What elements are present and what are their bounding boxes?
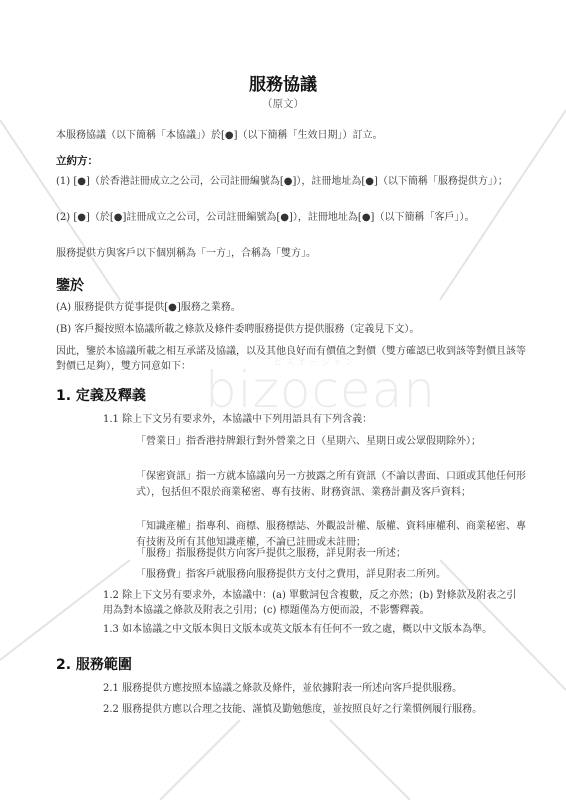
clause-2-1: 2.1 服務提供方應按照本協議之條款及條件，並依據附表一所述向客戶提供服務。 [103,681,526,696]
recital-b: (B) 客戶擬按照本協議所載之條款及條件委聘服務提供方提供服務（定義見下文）。 [56,322,526,337]
recitals-conclusion: 因此，鑒於本協議所載之相互承諾及協議，以及其他良好而有價值之對價（雙方確認已收到… [56,344,526,374]
definition-service-fee: 「服務費」指客戶就服務向服務提供方支付之費用，詳見附表二所列。 [136,567,526,583]
party-1: (1) [●]（於香港註冊成立之公司，公司註冊編號為[●]），註冊地址為[●]（… [56,174,526,189]
definition-confidential-info: 「保密資訊」指一方就本協議向另一方披露之所有資訊（不論以書面、口頭或其他任何形式… [136,469,526,501]
clause-2-2: 2.2 服務提供方應以合理之技能、謹慎及勤勉態度，並按照良好之行業慣例履行服務。 [103,702,526,717]
parties-note: 服務提供方與客戶以下個別稱為「一方」，合稱為「雙方」。 [56,246,526,261]
clause-1-1: 1.1 除上下文另有要求外，本協議中下列用語具有下列含義： [103,412,526,427]
parties-heading: 立約方： [56,153,98,168]
section-1-heading: 1. 定義及釋義 [56,385,146,405]
recital-a: (A) 服務提供方從事提供[●]服務之業務。 [56,300,526,315]
document-title: 服務協議 [0,70,566,95]
party-2: (2) [●]（於[●]註冊成立之公司，公司註冊編號為[●]），註冊地址為[●]… [56,210,526,225]
document-subtitle: （原文） [0,96,566,111]
clause-1-2: 1.2 除上下文另有要求外，本協議中：(a) 單數詞包含複數，反之亦然；(b) … [103,588,526,618]
watermark-brand: bizocean [205,368,365,412]
clause-1-3: 1.3 如本協議之中文版本與日文版本或英文版本有任何不一致之處，概以中文版本為準… [103,622,526,637]
intro-paragraph: 本服務協議（以下簡稱「本協議」）於[●]（以下簡稱「生效日期」）訂立。 [56,128,526,143]
recitals-heading: 鑒於 [56,275,84,295]
definition-services: 「服務」指服務提供方向客戶提供之服務，詳見附表一所述； [136,546,526,562]
section-2-heading: 2. 服務範圍 [56,654,132,674]
definition-business-day: 「營業日」指香港持牌銀行對外營業之日（星期六、星期日或公眾假期除外）； [136,434,526,450]
